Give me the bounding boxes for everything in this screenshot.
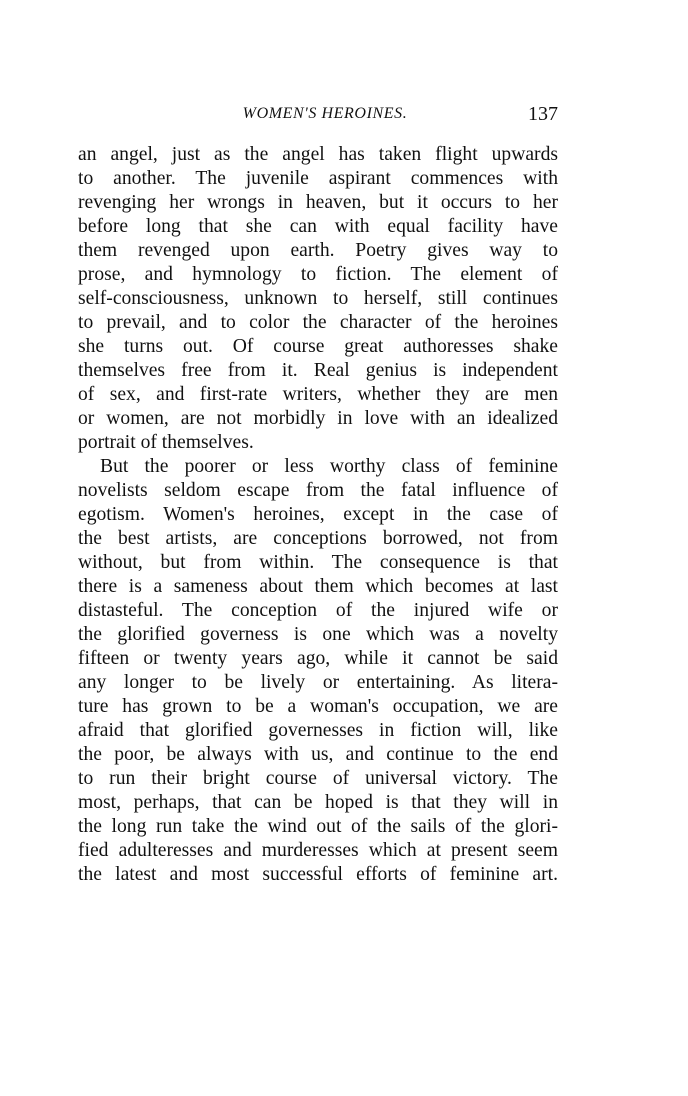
- text-line: the latest and most successful efforts o…: [78, 863, 558, 887]
- text-line: fied adulteresses and murderesses which …: [78, 839, 558, 863]
- text-line: distasteful. The conception of the injur…: [78, 599, 558, 623]
- text-line: fifteen or twenty years ago, while it ca…: [78, 647, 558, 671]
- text-line: to another. The juvenile aspirant commen…: [78, 167, 558, 191]
- text-line: self-consciousness, unknown to herself, …: [78, 287, 558, 311]
- text-line: most, perhaps, that can be hoped is that…: [78, 791, 558, 815]
- text-line: them revenged upon earth. Poetry gives w…: [78, 239, 558, 263]
- text-line: revenging her wrongs in heaven, but it o…: [78, 191, 558, 215]
- text-line: or women, are not morbidly in love with …: [78, 407, 558, 431]
- text-line: themselves free from it. Real genius is …: [78, 359, 558, 383]
- book-page: WOMEN'S HEROINES. 137 an angel, just as …: [0, 0, 688, 1096]
- text-line: any longer to be lively or entertaining.…: [78, 671, 558, 695]
- text-line: of sex, and first-rate writers, whether …: [78, 383, 558, 407]
- running-head: WOMEN'S HEROINES. 137: [78, 102, 558, 126]
- text-line: before long that she can with equal faci…: [78, 215, 558, 239]
- text-line: novelists seldom escape from the fatal i…: [78, 479, 558, 503]
- text-line: ture has grown to be a woman's occupatio…: [78, 695, 558, 719]
- text-line: the poor, be always with us, and continu…: [78, 743, 558, 767]
- running-title: WOMEN'S HEROINES.: [78, 102, 558, 126]
- page-number: 137: [528, 102, 558, 126]
- text-line: prose, and hymnology to fiction. The ele…: [78, 263, 558, 287]
- paragraph-2: But the poorer or less worthy class of f…: [78, 455, 558, 887]
- paragraph-1: an angel, just as the angel has taken fl…: [78, 143, 558, 455]
- text-line: portrait of themselves.: [78, 431, 558, 455]
- text-line: the long run take the wind out of the sa…: [78, 815, 558, 839]
- text-line: egotism. Women's heroines, except in the…: [78, 503, 558, 527]
- text-line: to prevail, and to color the character o…: [78, 311, 558, 335]
- text-line: there is a sameness about them which bec…: [78, 575, 558, 599]
- text-line: she turns out. Of course great authoress…: [78, 335, 558, 359]
- text-line: But the poorer or less worthy class of f…: [78, 455, 558, 479]
- text-line: afraid that glorified governesses in fic…: [78, 719, 558, 743]
- text-line: the best artists, are conceptions borrow…: [78, 527, 558, 551]
- text-line: the glorified governess is one which was…: [78, 623, 558, 647]
- text-line: without, but from within. The consequenc…: [78, 551, 558, 575]
- body-text: an angel, just as the angel has taken fl…: [78, 143, 558, 887]
- text-line: an angel, just as the angel has taken fl…: [78, 143, 558, 167]
- text-line: to run their bright course of universal …: [78, 767, 558, 791]
